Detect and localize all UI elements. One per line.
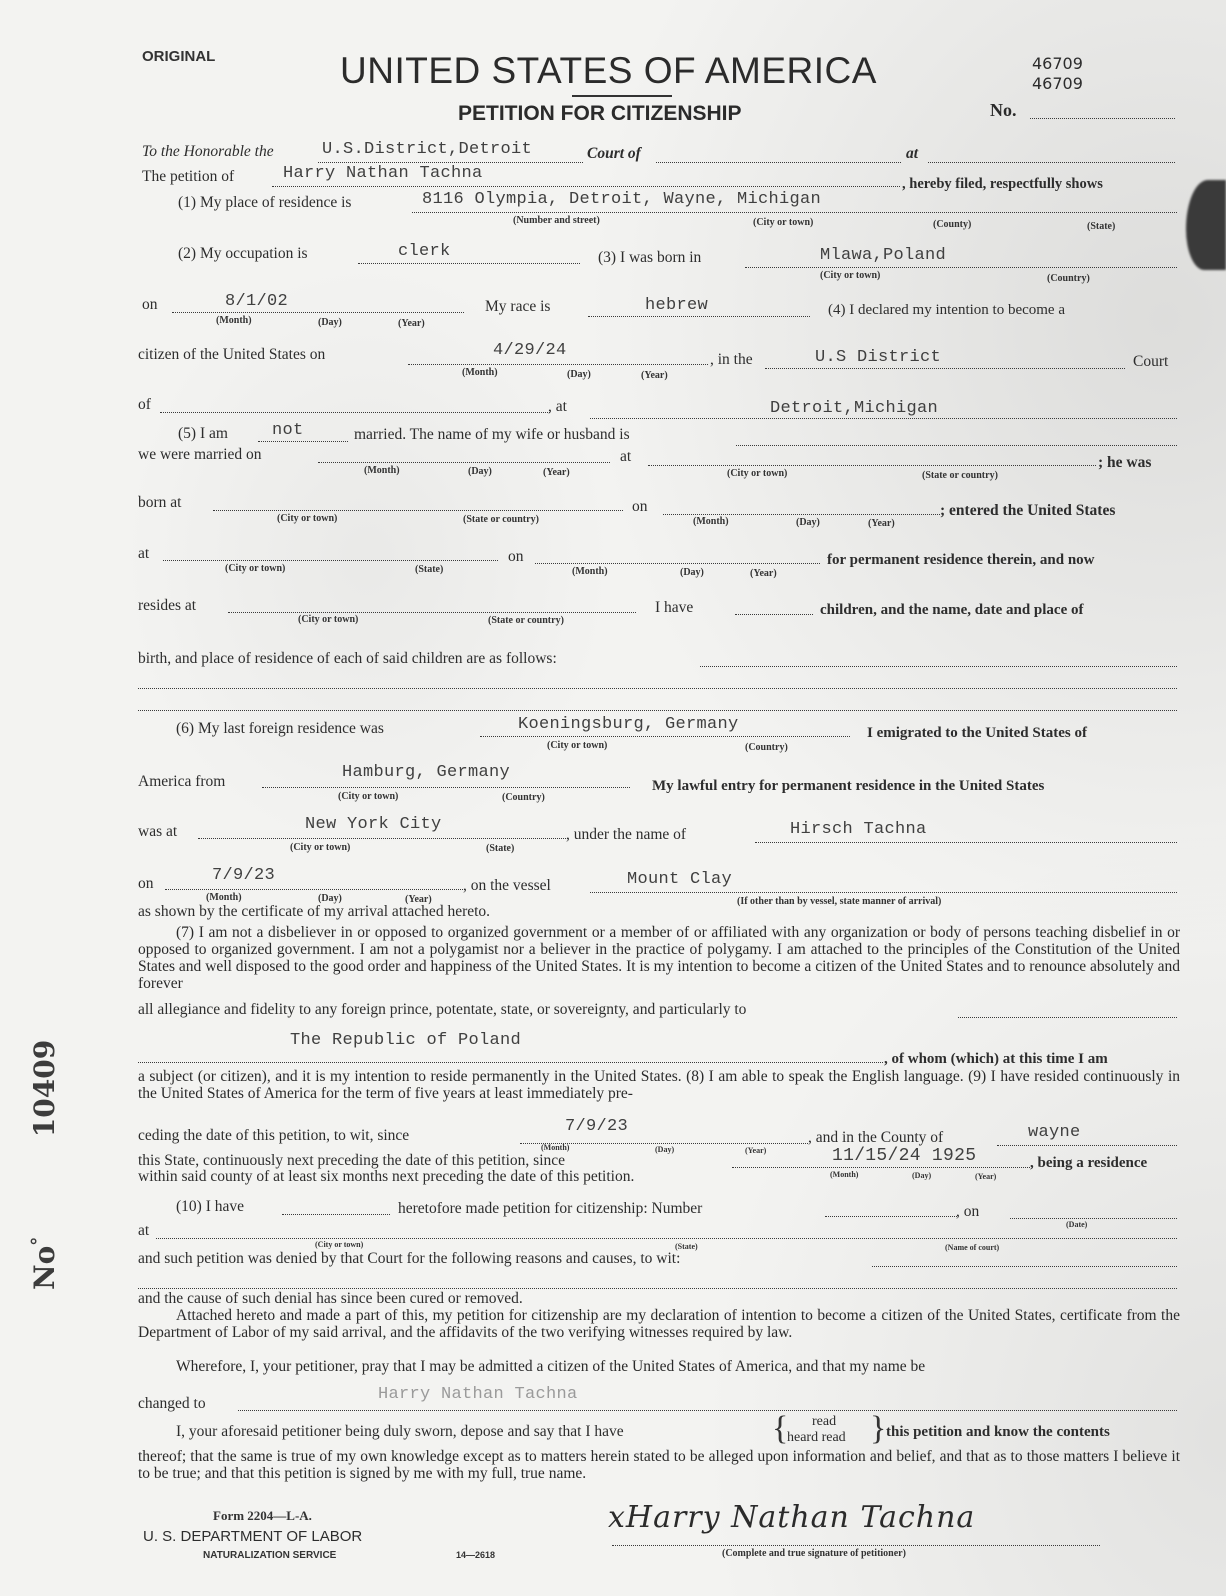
paragraph-8-9: a subject (or citizen), and it is my int… (138, 1068, 1180, 1102)
born-in-label: (3) I was born in (598, 249, 701, 267)
side-stamp: No° 10409 (28, 1040, 61, 1290)
america-from-label: America from (138, 773, 225, 791)
caption-year-5: (Year) (750, 568, 777, 579)
occupation-field[interactable]: clerk (398, 242, 451, 261)
caption-city-5: (City or town) (225, 563, 285, 574)
birth-date-field[interactable]: 8/1/02 (225, 292, 288, 311)
being-residence-label: , being a residence (1030, 1155, 1147, 1172)
in-the-label: , in the (710, 351, 753, 369)
of-whom-label: , of whom (which) at this time I am (884, 1051, 1108, 1068)
read-option[interactable]: read (812, 1414, 836, 1430)
children-label: children, and the name, date and place o… (820, 602, 1084, 619)
caption-city-10: (City or town) (315, 1240, 363, 1249)
caption-month-2: (Month) (462, 367, 498, 378)
caption-other-than-vessel: (If other than by vessel, state manner o… (737, 896, 941, 907)
county-field[interactable]: wayne (1028, 1123, 1081, 1142)
caption-year-7: (Year) (745, 1146, 766, 1155)
caption-state-2: (State) (415, 564, 443, 575)
caption-state-country: (State or country) (922, 470, 998, 481)
county-of-label: , and in the County of (808, 1129, 943, 1147)
caption-county: (County) (933, 219, 971, 230)
department-label: U. S. DEPARTMENT OF LABOR (143, 1528, 362, 1545)
para10-label-b: heretofore made petition for citizenship… (398, 1200, 702, 1218)
petition-of-label: The petition of (142, 168, 234, 186)
declaration-place-field[interactable]: Detroit,Michigan (770, 399, 938, 418)
service-label: NATURALIZATION SERVICE (203, 1550, 336, 1561)
caption-day-5: (Day) (680, 567, 704, 578)
emigrated-label: I emigrated to the United States of (867, 725, 1087, 742)
side-stamp-number: 10409 (28, 1040, 61, 1137)
caption-country: (Country) (1047, 273, 1090, 284)
caption-city-8: (City or town) (338, 791, 398, 802)
petition-number-1: 46709 (1032, 54, 1083, 73)
on-label-2: on (632, 498, 648, 516)
caption-month-5: (Month) (572, 566, 608, 577)
side-stamp-no: No (28, 1246, 61, 1290)
renounce-sovereign-field[interactable]: The Republic of Poland (290, 1031, 521, 1050)
caption-day: (Day) (318, 317, 342, 328)
allegiance-label: all allegiance and fidelity to any forei… (138, 1001, 746, 1019)
caption-signature: (Complete and true signature of petition… (722, 1548, 906, 1559)
caption-month-3: (Month) (364, 465, 400, 476)
caption-city-6: (City or town) (298, 614, 358, 625)
form-number: Form 2204—L-A. (213, 1508, 312, 1524)
new-name-field[interactable]: Harry Nathan Tachna (378, 1385, 578, 1404)
heard-read-option[interactable]: heard read (787, 1430, 846, 1446)
residence-label[interactable]: (1) My place of residence is (178, 194, 351, 212)
denied-label: and such petition was denied by that Cou… (138, 1250, 680, 1268)
he-was-label: ; he was (1098, 454, 1151, 472)
entry-place-field[interactable]: New York City (305, 815, 442, 834)
married-label: married. The name of my wife or husband … (354, 426, 630, 444)
caption-city-7: (City or town) (547, 740, 607, 751)
declaration-date-field[interactable]: 4/29/24 (493, 341, 567, 360)
petitioner-name-field[interactable]: Harry Nathan Tachna (283, 164, 483, 183)
original-label: ORIGINAL (142, 48, 215, 65)
i-am-label: (5) I am (178, 425, 228, 443)
comma-at-label: , at (548, 398, 567, 416)
form-code: 14—2618 (456, 1550, 495, 1560)
on-label-4: on (138, 875, 154, 893)
born-at-label: born at (138, 494, 181, 512)
as-shown-label: as shown by the certificate of my arriva… (138, 903, 490, 921)
declaration-court-field[interactable]: U.S District (815, 348, 941, 367)
caption-name-of-court: (Name of court) (945, 1243, 999, 1252)
caption-day-7: (Day) (655, 1145, 674, 1154)
caption-month-4: (Month) (693, 516, 729, 527)
on-label-3: on (508, 548, 524, 566)
citizen-on-label: citizen of the United States on (138, 346, 325, 364)
caption-city-9: (City or town) (290, 842, 350, 853)
married-status-field[interactable]: not (272, 421, 304, 440)
caption-city-4: (City or town) (277, 513, 337, 524)
within-county-label: within said county of at least six month… (138, 1168, 634, 1186)
sworn-label-b: this petition and know the contents (886, 1424, 1110, 1441)
caption-month-6: (Month) (206, 892, 242, 903)
last-foreign-label: (6) My last foreign residence was (176, 720, 384, 738)
on-vessel-label: , on the vessel (463, 877, 551, 895)
petition-number-2: 46709 (1032, 74, 1083, 93)
attached-paragraph: Attached hereto and made a part of this,… (138, 1307, 1180, 1341)
comma-on-label: , on (956, 1203, 979, 1221)
at-label-2: at (620, 448, 631, 466)
number-label: No. (990, 100, 1017, 121)
court-field[interactable]: U.S.District,Detroit (322, 140, 532, 159)
birthplace-field[interactable]: Mlawa,Poland (820, 246, 946, 265)
lawful-entry-label: My lawful entry for permanent residence … (652, 778, 1044, 795)
residence-field[interactable]: 8116 Olympia, Detroit, Wayne, Michigan (422, 190, 821, 209)
to-honorable-label: To the Honorable the (142, 143, 274, 161)
caption-month-8: (Month) (830, 1170, 858, 1179)
resides-at-label: resides at (138, 597, 196, 615)
caption-country-3: (Country) (502, 792, 545, 803)
at-label: at (906, 145, 918, 163)
married-on-label: we were married on (138, 446, 262, 464)
caption-month: (Month) (216, 315, 252, 326)
race-label: My race is (485, 298, 550, 316)
brace-right: } (870, 1410, 886, 1448)
birth-place-label: birth, and place of residence of each of… (138, 650, 557, 668)
caption-date: (Date) (1066, 1220, 1087, 1229)
caption-year-3: (Year) (543, 467, 570, 478)
last-foreign-residence-field[interactable]: Koeningsburg, Germany (518, 715, 739, 734)
document-title: UNITED STATES OF AMERICA (340, 50, 877, 92)
caption-city-2: (City or town) (820, 270, 880, 281)
occupation-label: (2) My occupation is (178, 245, 308, 263)
court-label: Court (1133, 353, 1168, 371)
brace-left: { (772, 1410, 788, 1448)
caption-country-2: (Country) (745, 742, 788, 753)
caption-day-8: (Day) (912, 1171, 931, 1180)
on-label: on (142, 296, 158, 314)
emigrated-from-field[interactable]: Hamburg, Germany (342, 763, 510, 782)
i-have-label: I have (655, 599, 693, 617)
at-label-4: at (138, 1222, 149, 1240)
court-of-label: Court of (587, 145, 641, 163)
under-name-label: , under the name of (566, 826, 686, 844)
arrival-date-field[interactable]: 7/9/23 (212, 866, 275, 885)
race-field[interactable]: hebrew (645, 296, 708, 315)
cured-label: and the cause of such denial has since b… (138, 1290, 523, 1308)
caption-year-4: (Year) (868, 518, 895, 529)
declared-label: (4) I declared my intention to become a (828, 302, 1065, 319)
residence-since-field[interactable]: 7/9/23 (565, 1117, 628, 1136)
sworn-label-a: I, your aforesaid petitioner being duly … (176, 1423, 624, 1441)
paragraph-7: (7) I am not a disbeliever in or opposed… (138, 924, 1180, 992)
caption-state-country-3: (State or country) (488, 615, 564, 626)
document-subtitle: PETITION FOR CITIZENSHIP (458, 102, 742, 126)
hereby-filed-label: , hereby filed, respectfully shows (902, 176, 1103, 193)
caption-state-country-2: (State or country) (463, 514, 539, 525)
ink-stain (1186, 180, 1226, 270)
caption-state-3: (State) (486, 843, 514, 854)
vessel-field[interactable]: Mount Clay (627, 870, 732, 889)
petition-document: No° 10409 ORIGINAL UNITED STATES OF AMER… (0, 0, 1226, 1596)
caption-year-8: (Year) (975, 1172, 996, 1181)
petitioner-signature[interactable]: xHarry Nathan Tachna (608, 1500, 975, 1535)
caption-year-2: (Year) (641, 370, 668, 381)
wherefore-paragraph: Wherefore, I, your petitioner, pray that… (138, 1358, 1180, 1375)
caption-city: (City or town) (753, 217, 813, 228)
para10-label-a: (10) I have (176, 1198, 244, 1216)
caption-month-7: (Month) (541, 1143, 569, 1152)
was-at-label: was at (138, 823, 177, 841)
for-permanent-label: for permanent residence therein, and now (827, 552, 1095, 569)
caption-day-2: (Day) (567, 369, 591, 380)
caption-number-street: (Number and street) (513, 215, 600, 226)
entry-name-field[interactable]: Hirsch Tachna (790, 820, 927, 839)
of-label: of (138, 396, 151, 414)
sworn-paragraph: thereof; that the same is true of my own… (138, 1448, 1180, 1482)
title-rule (572, 95, 672, 97)
county-since-field[interactable]: 11/15/24 1925 (832, 1146, 976, 1166)
entered-us-label: ; entered the United States (940, 502, 1115, 520)
preceding-label: ceding the date of this petition, to wit… (138, 1127, 409, 1145)
caption-day-4: (Day) (796, 517, 820, 528)
changed-to-label: changed to (138, 1395, 206, 1413)
caption-year: (Year) (398, 318, 425, 329)
caption-day-3: (Day) (468, 466, 492, 477)
caption-state: (State) (1087, 221, 1115, 232)
caption-city-3: (City or town) (727, 468, 787, 479)
at-label-3: at (138, 545, 149, 563)
